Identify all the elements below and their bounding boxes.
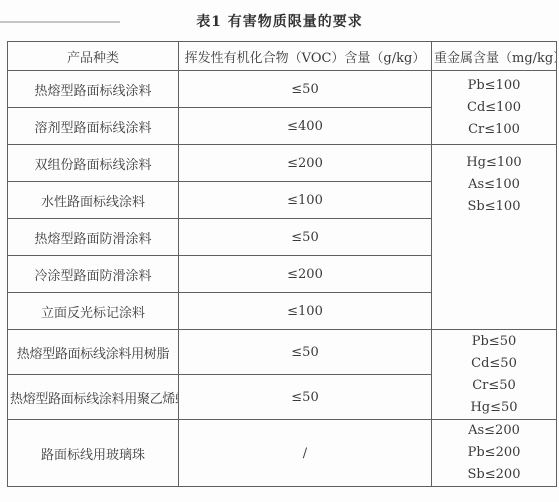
heavy-metal-limits-cell: Pb≤100 Cd≤100 Cr≤100 [432,71,557,145]
heavy-metal-limits-cell: Hg≤100 As≤100 Sb≤100 [432,145,557,330]
product-name-cell: 立面反光标记涂料 [8,293,179,330]
product-name-cell: 溶剂型路面标线涂料 [8,108,179,145]
voc-limit-cell: ≤50 [179,219,432,256]
product-name-cell: 水性路面标线涂料 [8,182,179,219]
product-name-cell: 热熔型路面标线涂料 [8,71,179,108]
product-name-cell: 路面标线用玻璃珠 [8,420,179,487]
product-name-cell: 热熔型路面防滑涂料 [8,219,179,256]
heavy-metal-limits-cell: Pb≤50 Cd≤50 Cr≤50 Hg≤50 [432,330,557,420]
metal-limit-line: Hg≤50 [434,397,554,419]
product-name-cell: 冷涂型路面防滑涂料 [8,256,179,293]
voc-limit-cell: / [179,420,432,487]
voc-limit-cell: ≤100 [179,293,432,330]
voc-limit-cell: ≤50 [179,71,432,108]
table-row: 热熔型路面标线涂料 ≤50 Pb≤100 Cd≤100 Cr≤100 [8,71,557,108]
table-row: 路面标线用玻璃珠 / As≤200 Pb≤200 Sb≤200 [8,420,557,487]
voc-limit-cell: ≤200 [179,256,432,293]
metal-limit-line: Pb≤100 [434,75,554,97]
col-header-product-type: 产品种类 [8,42,179,71]
metal-limit-line: Sb≤100 [434,196,554,218]
metal-limit-line: Cr≤100 [434,119,554,141]
hazardous-substance-limits-table: 产品种类 挥发性有机化合物（VOC）含量（g/kg） 重金属含量（mg/kg） … [7,41,557,487]
col-header-voc-content: 挥发性有机化合物（VOC）含量（g/kg） [179,42,432,71]
metal-limit-line: Cd≤100 [434,97,554,119]
header-row: 产品种类 挥发性有机化合物（VOC）含量（g/kg） 重金属含量（mg/kg） [8,42,557,71]
voc-limit-cell: ≤50 [179,330,432,375]
voc-limit-cell: ≤400 [179,108,432,145]
heavy-metal-limits-cell: As≤200 Pb≤200 Sb≤200 [432,420,557,487]
metal-limit-line: As≤200 [434,420,554,442]
voc-limit-cell: ≤200 [179,145,432,182]
product-name-cell: 热熔型路面标线涂料用树脂 [8,330,179,375]
metal-limit-line: Pb≤200 [434,442,554,464]
product-name-cell: 热熔型路面标线涂料用聚乙烯蜡 [8,375,179,420]
document-page: 表1 有害物质限量的要求 产品种类 挥发性有机化合物（VOC）含量（g/kg） … [0,0,559,502]
table-caption: 表1 有害物质限量的要求 [0,11,559,31]
table-row: 双组份路面标线涂料 ≤200 Hg≤100 As≤100 Sb≤100 [8,145,557,182]
product-name-cell: 双组份路面标线涂料 [8,145,179,182]
table-row: 热熔型路面标线涂料用树脂 ≤50 Pb≤50 Cd≤50 Cr≤50 Hg≤50 [8,330,557,375]
metal-limit-line: Cd≤50 [434,353,554,375]
metal-limit-line: Pb≤50 [434,331,554,353]
metal-limit-line: Sb≤200 [434,464,554,486]
metal-limit-line: Hg≤100 [434,152,554,174]
metal-limit-line: As≤100 [434,174,554,196]
metal-limit-line: Cr≤50 [434,375,554,397]
col-header-heavy-metal-content: 重金属含量（mg/kg） [432,42,557,71]
voc-limit-cell: ≤50 [179,375,432,420]
voc-limit-cell: ≤100 [179,182,432,219]
